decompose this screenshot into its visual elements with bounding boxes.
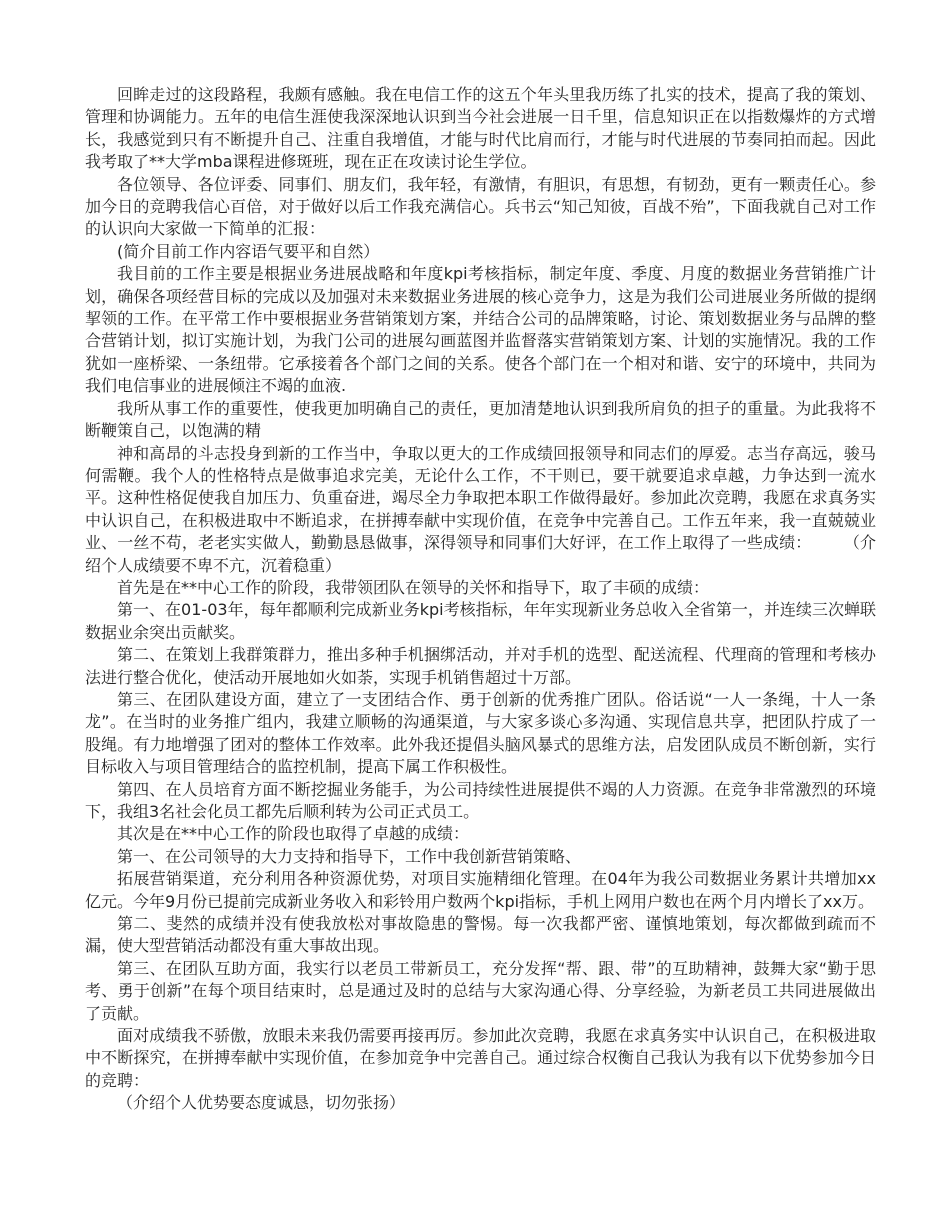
- paragraph-first-stage-intro: 首先是在**中心工作的阶段，我带领团队在领导的关怀和指导下，取了丰硕的成绩：: [85, 577, 876, 599]
- paragraph-intro-review: 回眸走过的这段路程，我颇有感触。我在电信工作的这五个年头里我历练了扎实的技术，提…: [85, 84, 876, 174]
- paragraph-note-current-work: (简介目前工作内容语气要平和自然）: [85, 241, 876, 263]
- paragraph-outlook: 面对成绩我不骄傲，放眼未来我仍需要再接再厉。参加此次竞聘，我愿在求真务实中认识自…: [85, 1025, 876, 1092]
- paragraph-achievement-1: 第一、在01-03年，每年都顺利完成新业务kpi考核指标，年年实现新业务总收入全…: [85, 599, 876, 644]
- paragraph-greeting: 各位领导、各位评委、同事们、朋友们，我年轻，有激情，有胆识，有思想，有韧劲，更有…: [85, 174, 876, 241]
- paragraph-work-importance: 我所从事工作的重要性，使我更加明确自己的责任，更加清楚地认识到我所肩负的担子的重…: [85, 398, 876, 443]
- paragraph-note-advantages: （介绍个人优势要态度诚恳，切勿张扬）: [85, 1092, 876, 1114]
- paragraph-achievement-3: 第三、在团队建设方面，建立了一支团结合作、勇于创新的优秀推广团队。俗话说“一人一…: [85, 689, 876, 779]
- document-page: 回眸走过的这段路程，我颇有感触。我在电信工作的这五个年头里我历练了扎实的技术，提…: [0, 0, 950, 1230]
- paragraph-achievement-2: 第二、在策划上我群策群力，推出多种手机捆绑活动，并对手机的选型、配送流程、代理商…: [85, 644, 876, 689]
- paragraph-achievement-4: 第四、在人员培育方面不断挖掘业务能手，为公司持续性进展提供不竭的人力资源。在竞争…: [85, 779, 876, 824]
- paragraph-second-achievement-1a: 第一、在公司领导的大力支持和指导下，工作中我创新营销策略、: [85, 846, 876, 868]
- paragraph-second-achievement-3: 第三、在团队互助方面，我实行以老员工带新员工，充分发挥“帮、跟、带”的互助精神，…: [85, 958, 876, 1025]
- paragraph-second-achievement-2: 第二、斐然的成绩并没有使我放松对事故隐患的警惕。每一次我都严密、谨慎地策划，每次…: [85, 913, 876, 958]
- paragraph-personality: 神和高昂的斗志投身到新的工作当中，争取以更大的工作成绩回报领导和同志们的厚爱。志…: [85, 443, 876, 577]
- paragraph-second-stage-intro: 其次是在**中心工作的阶段也取得了卓越的成绩：: [85, 823, 876, 845]
- paragraph-current-work: 我目前的工作主要是根据业务进展战略和年度kpi考核指标，制定年度、季度、月度的数…: [85, 263, 876, 397]
- paragraph-second-achievement-1b: 拓展营销渠道，充分利用各种资源优势，对项目实施精细化管理。在04年为我公司数据业…: [85, 868, 876, 913]
